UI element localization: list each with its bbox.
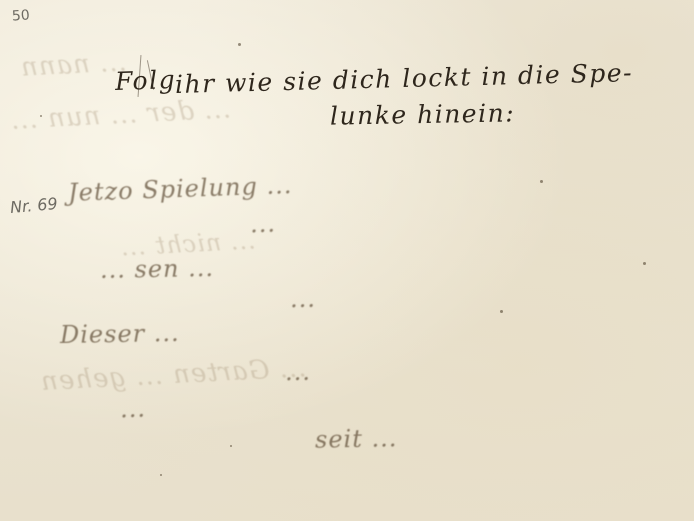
- bleed-through-line: ... nann: [19, 47, 127, 83]
- faded-line: Dieser ...: [60, 319, 180, 349]
- paper-speck: [160, 474, 162, 476]
- paper-speck: [238, 43, 241, 46]
- paper-speck: [40, 115, 42, 117]
- faded-line: ...: [120, 395, 147, 424]
- paper-speck: [500, 310, 503, 313]
- margin-note: Nr. 69: [9, 194, 58, 217]
- faded-line: ...: [250, 210, 277, 239]
- paper-speck: [230, 445, 232, 447]
- faded-line: ...: [290, 285, 316, 313]
- text-line-2: lunke hinein:: [330, 98, 516, 130]
- faded-line: Jetzo Spielung ...: [68, 171, 293, 207]
- bleed-through-line: ... Garten ... gehen: [39, 353, 307, 397]
- text-line-1: ihr wie sie dich lockt in die Spe-: [175, 58, 634, 99]
- paper-speck: [540, 180, 543, 183]
- paper-speck: [643, 262, 646, 265]
- manuscript-page: ... nann ... der ... nun ... ... nicht .…: [0, 0, 694, 521]
- faded-line: ...: [285, 358, 311, 386]
- faded-line: seit ...: [315, 424, 398, 453]
- bleed-through-line: ... der ... nun ...: [9, 94, 231, 136]
- page-number: 50: [11, 7, 30, 24]
- text-line-1-prefix: Folg: [115, 65, 177, 96]
- faded-line: ... sen ...: [100, 254, 214, 284]
